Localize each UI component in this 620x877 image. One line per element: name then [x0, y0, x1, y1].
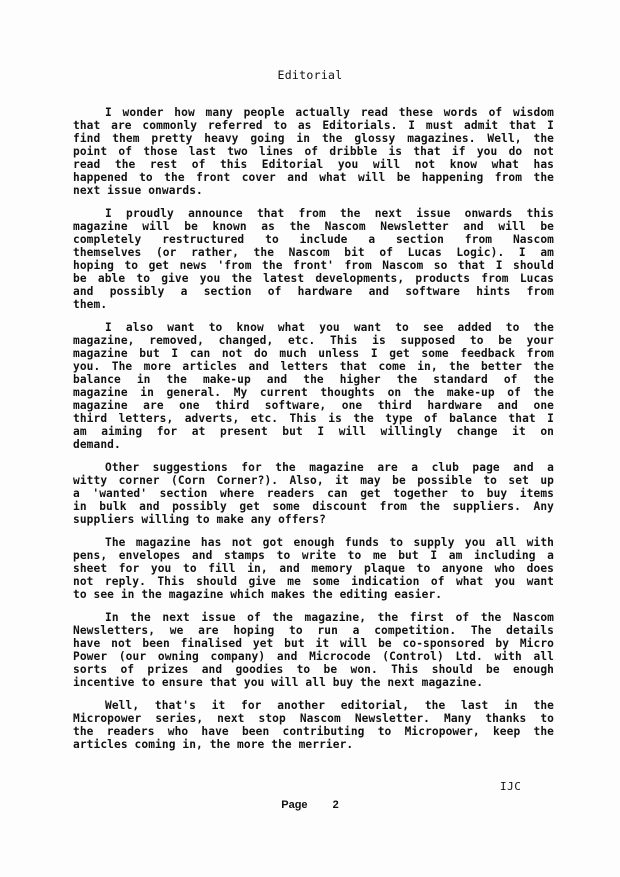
text-line: a 'wanted' section where readers can get…: [73, 487, 554, 500]
text-line: next issue onwards.: [73, 184, 554, 197]
text-line: magazine in general. My current thoughts…: [73, 386, 554, 399]
text-line: happened to the front cover and what wil…: [73, 171, 554, 184]
paragraph: In the next issue of the magazine, the f…: [73, 611, 554, 689]
text-line: In the next issue of the magazine, the f…: [73, 611, 554, 624]
text-line: The magazine has not got enough funds to…: [73, 536, 554, 549]
paragraph: Well, that's it for another editorial, t…: [73, 699, 554, 751]
document-page: Editorial I wonder how many people actua…: [0, 0, 620, 877]
text-line: completely restructured to include a sec…: [73, 233, 554, 246]
text-line: magazine are one third software, one thi…: [73, 399, 554, 412]
text-line: Other suggestions for the magazine are a…: [73, 461, 554, 474]
text-line: demand.: [73, 438, 554, 451]
text-line: in bulk and possibly get some discount f…: [73, 500, 554, 513]
text-line: have not been finalised yet but it will …: [73, 637, 554, 650]
text-line: Power (our owning company) and Microcode…: [73, 650, 554, 663]
text-line: and possibly a section of hardware and s…: [73, 285, 554, 298]
text-line: them.: [73, 298, 554, 311]
text-line: third letters, adverts, etc. This is the…: [73, 412, 554, 425]
text-line: I proudly announce that from the next is…: [73, 207, 554, 220]
text-line: Newsletters, we are hoping to run a comp…: [73, 624, 554, 637]
paragraph: I proudly announce that from the next is…: [73, 207, 554, 311]
text-line: read the rest of this Editorial you will…: [73, 158, 554, 171]
text-line: I wonder how many people actually read t…: [73, 106, 554, 119]
page-label: Page: [281, 799, 307, 811]
text-line: Micropower series, next stop Nascom News…: [73, 712, 554, 725]
text-line: pens, envelopes and stamps to write to m…: [73, 549, 554, 562]
text-line: incentive to ensure that you will all bu…: [73, 676, 554, 689]
text-line: not reply. This should give me some indi…: [73, 575, 554, 588]
text-line: am aiming for at present but I will will…: [73, 425, 554, 438]
text-line: articles coming in, the more the merrier…: [73, 738, 554, 751]
editorial-title: Editorial: [0, 68, 620, 82]
text-line: witty corner (Corn Corner?). Also, it ma…: [73, 474, 554, 487]
text-line: point of those last two lines of dribble…: [73, 145, 554, 158]
text-line: magazine but I can not do much unless I …: [73, 347, 554, 360]
text-line: Well, that's it for another editorial, t…: [73, 699, 554, 712]
text-line: sheet for you to fill in, and memory pla…: [73, 562, 554, 575]
author-signature: IJC: [500, 780, 521, 793]
text-line: I also want to know what you want to see…: [73, 321, 554, 334]
text-line: to see in the magazine which makes the e…: [73, 588, 554, 601]
paragraph: Other suggestions for the magazine are a…: [73, 461, 554, 526]
text-line: sorts of prizes and goodies to be won. T…: [73, 663, 554, 676]
text-line: magazine will be known as the Nascom New…: [73, 220, 554, 233]
text-line: suppliers willing to make any offers?: [73, 513, 554, 526]
text-line: the readers who have been contributing t…: [73, 725, 554, 738]
text-line: balance in the make-up and the higher th…: [73, 373, 554, 386]
text-line: find them pretty heavy going in the glos…: [73, 132, 554, 145]
text-line: you. The more articles and letters that …: [73, 360, 554, 373]
paragraph: I wonder how many people actually read t…: [73, 106, 554, 197]
text-line: be able to give you the latest developme…: [73, 272, 554, 285]
paragraph: The magazine has not got enough funds to…: [73, 536, 554, 601]
text-line: themselves (or rather, the Nascom bit of…: [73, 246, 554, 259]
text-line: that are commonly referred to as Editori…: [73, 119, 554, 132]
paragraph: I also want to know what you want to see…: [73, 321, 554, 451]
page-number: 2: [333, 799, 339, 811]
editorial-body: I wonder how many people actually read t…: [73, 106, 554, 761]
text-line: magazine, removed, changed, etc. This is…: [73, 334, 554, 347]
page-footer: Page 2: [0, 799, 620, 811]
text-line: hoping to get news 'from the front' from…: [73, 259, 554, 272]
